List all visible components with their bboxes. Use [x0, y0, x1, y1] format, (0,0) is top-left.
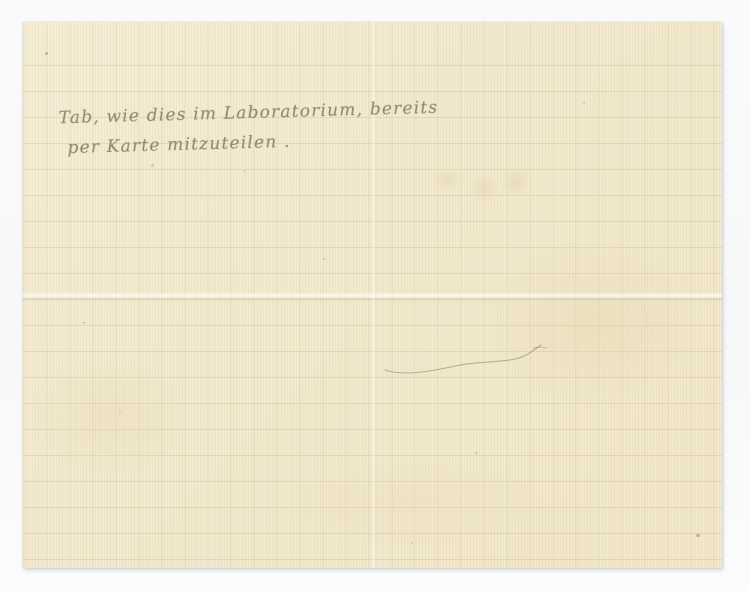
- foxing-speck: [244, 170, 246, 172]
- foxing-speck: [411, 542, 413, 544]
- foxing-speck: [45, 52, 48, 55]
- foxing-speck: [119, 410, 121, 412]
- foxing-speck: [583, 102, 585, 104]
- foxing-speck: [151, 164, 154, 167]
- foxing-speck: [83, 322, 85, 324]
- handwritten-note: Tab, wie dies im Laboratorium, bereits p…: [58, 93, 439, 164]
- scan-background: Tab, wie dies im Laboratorium, bereits p…: [0, 0, 750, 591]
- ghost-imprint: [421, 154, 531, 216]
- hair-fiber: [373, 332, 553, 392]
- paper-sheet: Tab, wie dies im Laboratorium, bereits p…: [23, 22, 722, 568]
- foxing-speck: [475, 452, 478, 454]
- foxing-speck: [696, 534, 700, 537]
- foxing-speck: [323, 258, 326, 260]
